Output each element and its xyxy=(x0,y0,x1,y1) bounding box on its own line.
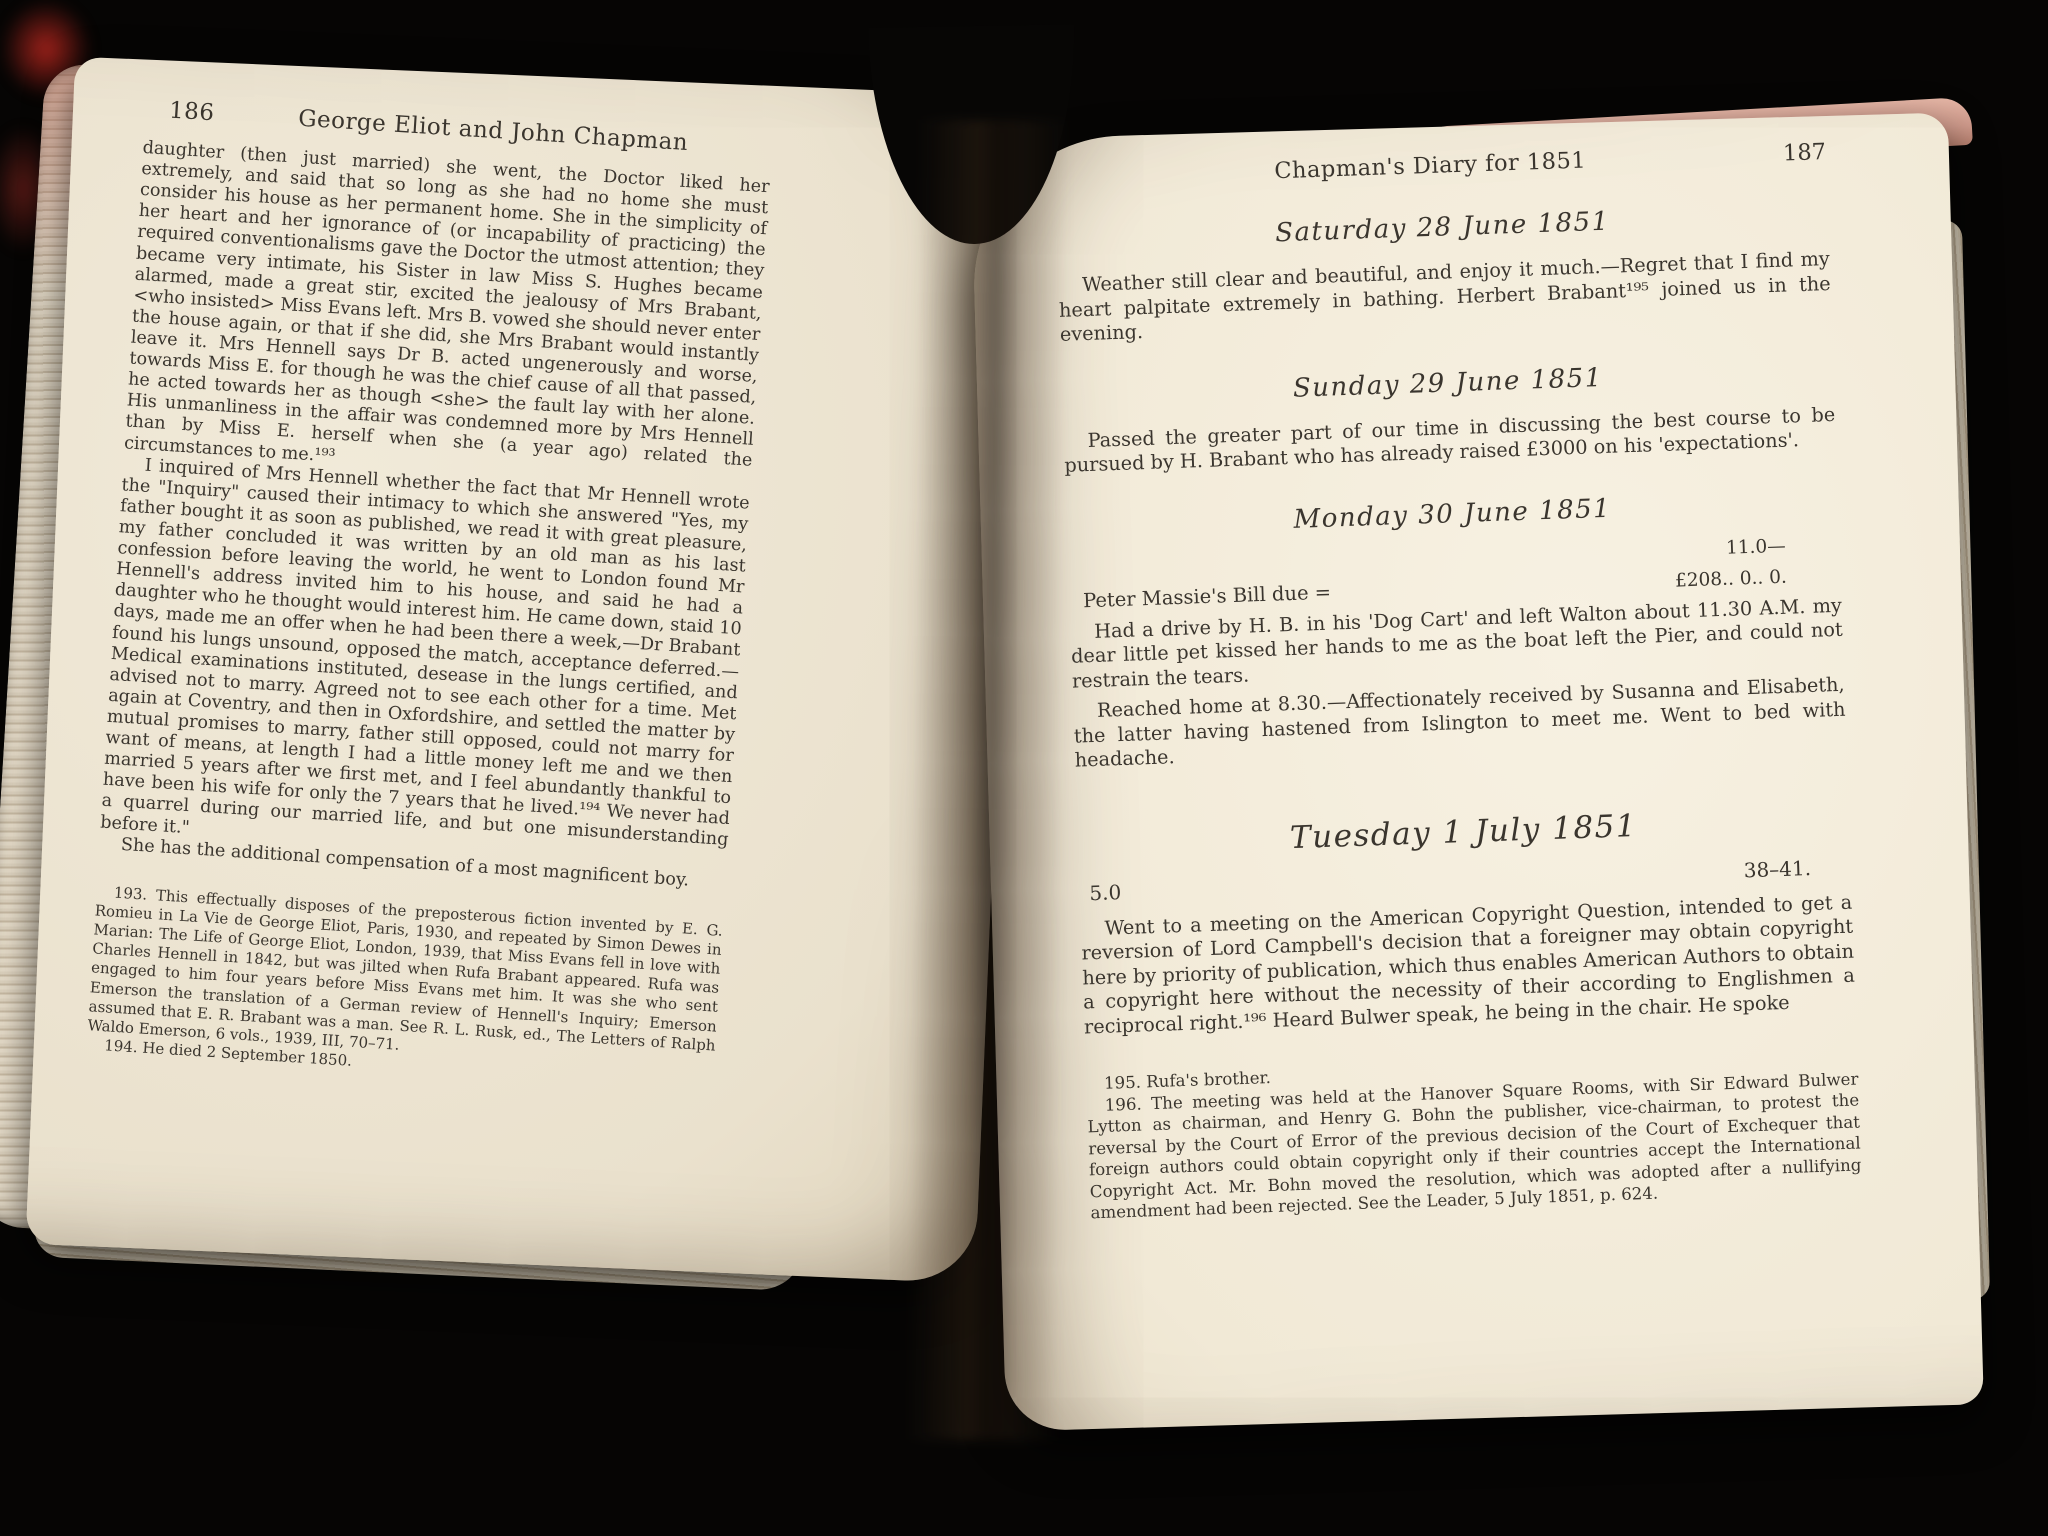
tuesday-right-figure: 38–41. xyxy=(1743,856,1811,882)
footnote-196: 196. The meeting was held at the Hanover… xyxy=(1086,1068,1862,1224)
right-page-number: 187 xyxy=(1736,139,1827,168)
tuesday-left-figure: 5.0 xyxy=(1089,880,1122,905)
bill-label: Peter Massie's Bill due = xyxy=(1083,580,1332,612)
left-paragraph-1: daughter (then just married) she went, t… xyxy=(123,138,770,493)
entry-body-tuesday: Went to a meeting on the American Copyri… xyxy=(1080,890,1856,1039)
entry-body-saturday: Weather still clear and beautiful, and e… xyxy=(1058,247,1832,347)
bill-time-figure: 11.0— xyxy=(1726,535,1786,558)
entry-heading-saturday: Saturday 28 June 1851 xyxy=(1056,199,1829,256)
gutter-shadow xyxy=(906,119,1070,1440)
right-page-text: Chapman's Diary for 1851 187 Saturday 28… xyxy=(1054,139,1862,1224)
entry-heading-monday: Monday 30 June 1851 xyxy=(1066,485,1839,542)
entry-heading-sunday: Sunday 29 June 1851 xyxy=(1062,354,1835,411)
entry-heading-tuesday: Tuesday 1 July 1851 xyxy=(1077,800,1850,863)
bill-figures: 11.0— £208.. 0.. 0. xyxy=(1674,535,1788,591)
left-page-number: 186 xyxy=(168,98,215,127)
left-paragraph-2: I inquired of Mrs Hennell whether the fa… xyxy=(100,454,751,873)
open-book-photo: 186 George Eliot and John Chapman daught… xyxy=(0,0,2048,1536)
left-page-text: 186 George Eliot and John Chapman daught… xyxy=(86,96,773,1094)
bill-amount: £208.. 0.. 0. xyxy=(1675,566,1787,591)
entry-body-sunday: Passed the greater part of our time in d… xyxy=(1063,402,1836,478)
right-footnotes: 195. Rufa's brother. 196. The meeting wa… xyxy=(1086,1047,1863,1225)
